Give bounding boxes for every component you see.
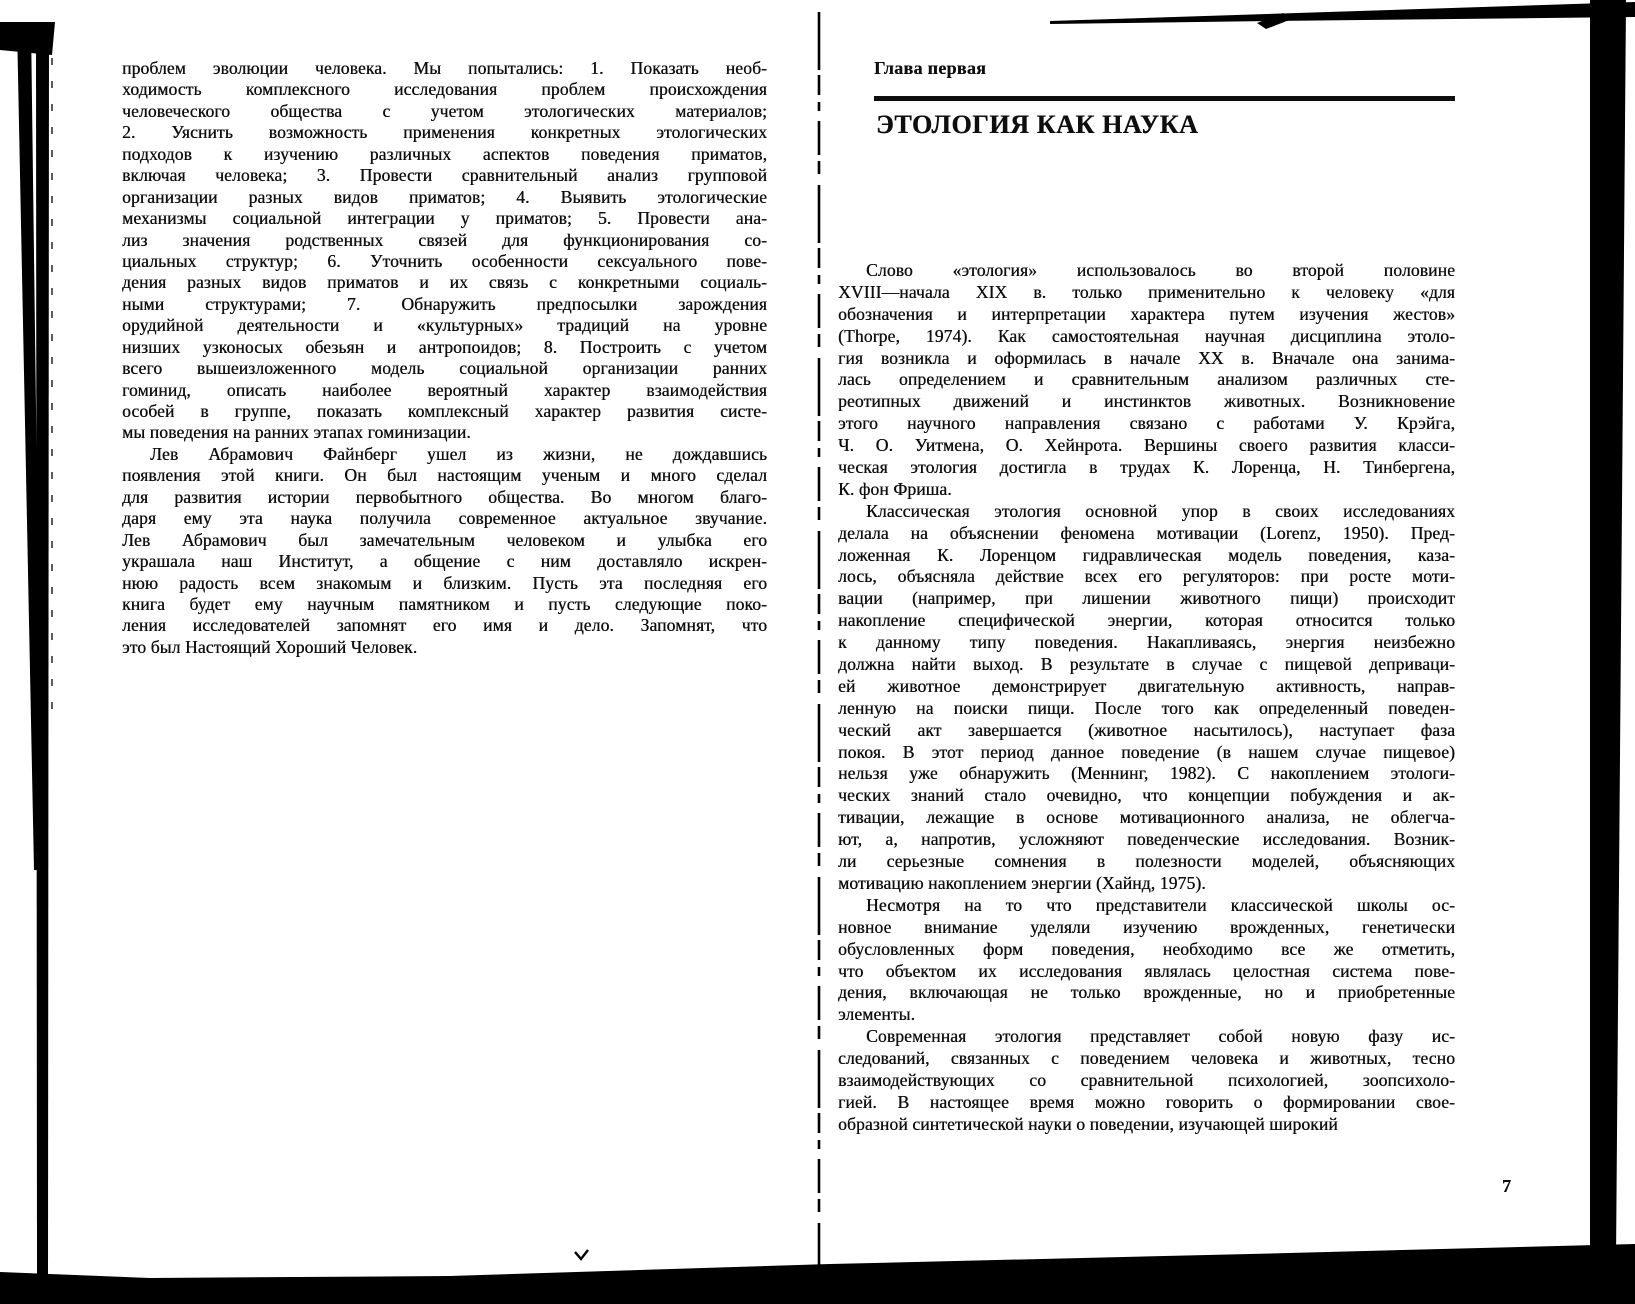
text-line: обозначения и интерпретации характера пу… — [838, 304, 1455, 326]
right-page-text: Слово «этология» использовалось во второ… — [838, 260, 1455, 1136]
text-line: К. фон Фриша. — [838, 479, 1455, 501]
text-line: организации разных видов приматов; 4. Вы… — [122, 187, 767, 208]
text-line: делала на объяснении феномена мотивации … — [838, 523, 1455, 545]
text-line: ложенная К. Лоренцом гидравлическая моде… — [838, 545, 1455, 567]
text-line: элементы. — [838, 1004, 1455, 1026]
book-scan: { "colors": { "ink": "#0e0e0e", "paper":… — [0, 0, 1635, 1304]
text-line: особей в группе, показать комплексный ха… — [122, 401, 767, 422]
text-line: Слово «этология» использовалось во второ… — [838, 260, 1455, 282]
chapter-rule — [874, 96, 1455, 101]
paragraph: Современная этология представляет собой … — [838, 1026, 1455, 1135]
text-line: книга будет ему научным памятником и пус… — [122, 594, 767, 615]
text-line: взаимодействующих со сравнительной психо… — [838, 1070, 1455, 1092]
chapter-label: Глава первая — [874, 58, 986, 79]
text-line: вации (например, при лишении животного п… — [838, 588, 1455, 610]
text-line: дения разных видов приматов и их связь с… — [122, 272, 767, 293]
text-line: орудийной деятельности и «культурных» тр… — [122, 315, 767, 336]
text-line: для развития истории первобытного общест… — [122, 487, 767, 508]
chapter-title: ЭТОЛОГИЯ КАК НАУКА — [876, 108, 1198, 142]
text-line: ческий акт завершается (животное насытил… — [838, 720, 1455, 742]
text-line: ли серьезные сомнения в полезности модел… — [838, 851, 1455, 873]
text-line: гия возникла и оформилась в начале XX в.… — [838, 348, 1455, 370]
text-line: XVIII—начала XIX в. только применительно… — [838, 282, 1455, 304]
paragraph: Классическая этология основной упор в св… — [838, 501, 1455, 895]
text-line: низших узконосых обезьян и антропоидов; … — [122, 337, 767, 358]
text-line: человеческого общества с учетом этологич… — [122, 101, 767, 122]
text-line: нельзя уже обнаружить (Меннинг, 1982). С… — [838, 763, 1455, 785]
text-line: должна найти выход. В результате в случа… — [838, 654, 1455, 676]
text-line: это был Настоящий Хороший Человек. — [122, 637, 767, 658]
text-line: гией. В настоящее время можно говорить о… — [838, 1092, 1455, 1114]
text-line: Ч. О. Уитмена, О. Хейнрота. Вершины свое… — [838, 435, 1455, 457]
text-line: лась определением и сравнительным анализ… — [838, 369, 1455, 391]
text-line: нюю радость всем знакомым и близким. Пус… — [122, 573, 767, 594]
text-line: следований, связанных с поведением челов… — [838, 1048, 1455, 1070]
text-line: реотипных движений и инстинктов животных… — [838, 391, 1455, 413]
text-line: накопление специфической энергии, котора… — [838, 610, 1455, 632]
text-line: покоя. В этот период данное поведение (в… — [838, 742, 1455, 764]
paragraph: проблем эволюции человека. Мы попытались… — [122, 58, 767, 444]
text-line: дения, включающая не только врожденные, … — [838, 982, 1455, 1004]
text-line: Лев Абрамович Файнберг ушел из жизни, не… — [122, 444, 767, 465]
text-line: появления этой книги. Он был настоящим у… — [122, 465, 767, 486]
text-line: новное внимание уделяли изучению врожден… — [838, 917, 1455, 939]
text-line: даря ему эта наука получила современное … — [122, 508, 767, 529]
text-line: лиз значения родственных связей для функ… — [122, 230, 767, 251]
page-number: 7 — [1502, 1176, 1511, 1197]
scan-top-edge-line — [1050, 2, 1635, 24]
text-line: подходов к изучению различных аспектов п… — [122, 144, 767, 165]
text-line: к данному типу поведения. Накапливаясь, … — [838, 632, 1455, 654]
scan-right-edge-band — [1590, 0, 1626, 1260]
text-line: механизмы социальной интеграции у примат… — [122, 208, 767, 229]
stray-mark — [575, 1250, 588, 1259]
paragraph: Несмотря на то что представители классич… — [838, 895, 1455, 1026]
text-line: проблем эволюции человека. Мы попытались… — [122, 58, 767, 79]
text-line: Лев Абрамович был замечательным человеко… — [122, 530, 767, 551]
text-line: ления исследователей запомнят его имя и … — [122, 615, 767, 636]
text-line: тивации, лежащие в основе мотивационного… — [838, 807, 1455, 829]
text-line: Несмотря на то что представители классич… — [838, 895, 1455, 917]
text-line: обусловленных форм поведения, необходимо… — [838, 939, 1455, 961]
text-line: гоминид, описать наиболее вероятный хара… — [122, 380, 767, 401]
text-line: что объектом их исследования являлась це… — [838, 961, 1455, 983]
text-line: ленную на поиски пищи. После того как оп… — [838, 698, 1455, 720]
paragraph: Лев Абрамович Файнберг ушел из жизни, не… — [122, 444, 767, 658]
text-line: 2. Уяснить возможность применения конкре… — [122, 122, 767, 143]
text-line: мы поведения на ранних этапах гоминизаци… — [122, 422, 767, 443]
text-line: лось, объясняла действие всех его регуля… — [838, 566, 1455, 588]
text-line: (Thorpe, 1974). Как самостоятельная науч… — [838, 326, 1455, 348]
text-line: ческая этология достигла в трудах К. Лор… — [838, 457, 1455, 479]
text-line: всего вышеизложенного модель социальной … — [122, 358, 767, 379]
text-line: циальных структур; 6. Уточнить особеннос… — [122, 251, 767, 272]
text-line: Классическая этология основной упор в св… — [838, 501, 1455, 523]
paragraph: Слово «этология» использовалось во второ… — [838, 260, 1455, 501]
text-line: образной синтетической науки о поведении… — [838, 1114, 1455, 1136]
text-line: Современная этология представляет собой … — [838, 1026, 1455, 1048]
text-line: этого научного направления связано с раб… — [838, 413, 1455, 435]
left-page-text: проблем эволюции человека. Мы попытались… — [122, 58, 767, 658]
text-line: ными структурами; 7. Обнаружить предпосы… — [122, 294, 767, 315]
text-line: ческих знаний стало очевидно, что концеп… — [838, 785, 1455, 807]
scan-bottom-edge-band — [0, 1244, 1635, 1304]
text-line: украшала наш Институт, а общение с ним д… — [122, 551, 767, 572]
text-line: включая человека; 3. Провести сравнитель… — [122, 165, 767, 186]
text-line: ей животное демонстрирует двигательную а… — [838, 676, 1455, 698]
text-line: ют, а, напротив, усложняют поведенческие… — [838, 829, 1455, 851]
text-line: ходимость комплексного исследования проб… — [122, 79, 767, 100]
text-line: мотивацию накоплением энергии (Хайнд, 19… — [838, 873, 1455, 895]
scan-left-edge-stripe-b — [36, 25, 49, 1280]
